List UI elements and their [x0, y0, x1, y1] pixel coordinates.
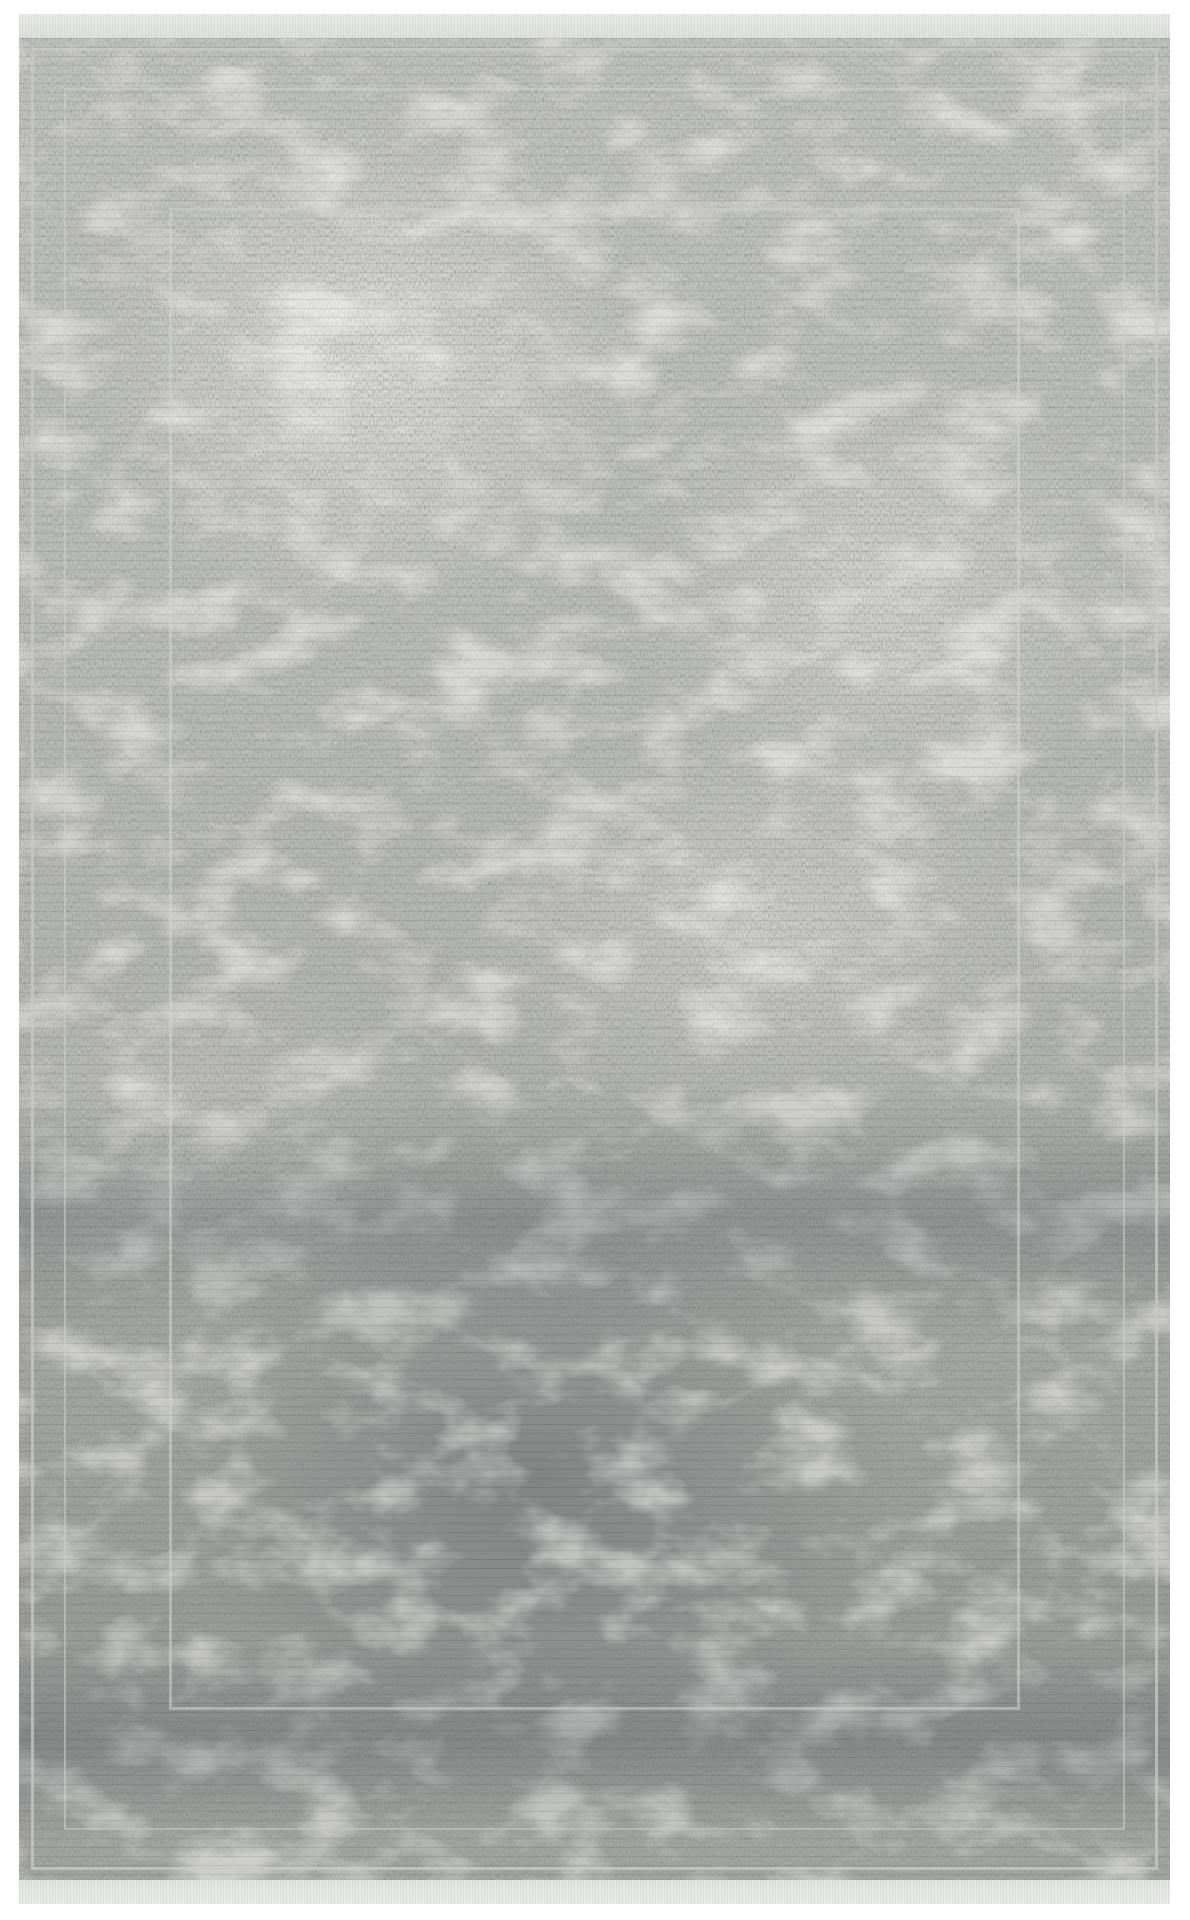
- bottom-fringe: [19, 1880, 1170, 1904]
- pattern-band: [19, 1638, 1170, 1838]
- weave-streaks: [19, 38, 1170, 1880]
- pattern-band: [19, 1088, 1170, 1348]
- rug-photo: [19, 14, 1170, 1904]
- top-fringe: [19, 14, 1170, 38]
- rug-field: [19, 38, 1170, 1880]
